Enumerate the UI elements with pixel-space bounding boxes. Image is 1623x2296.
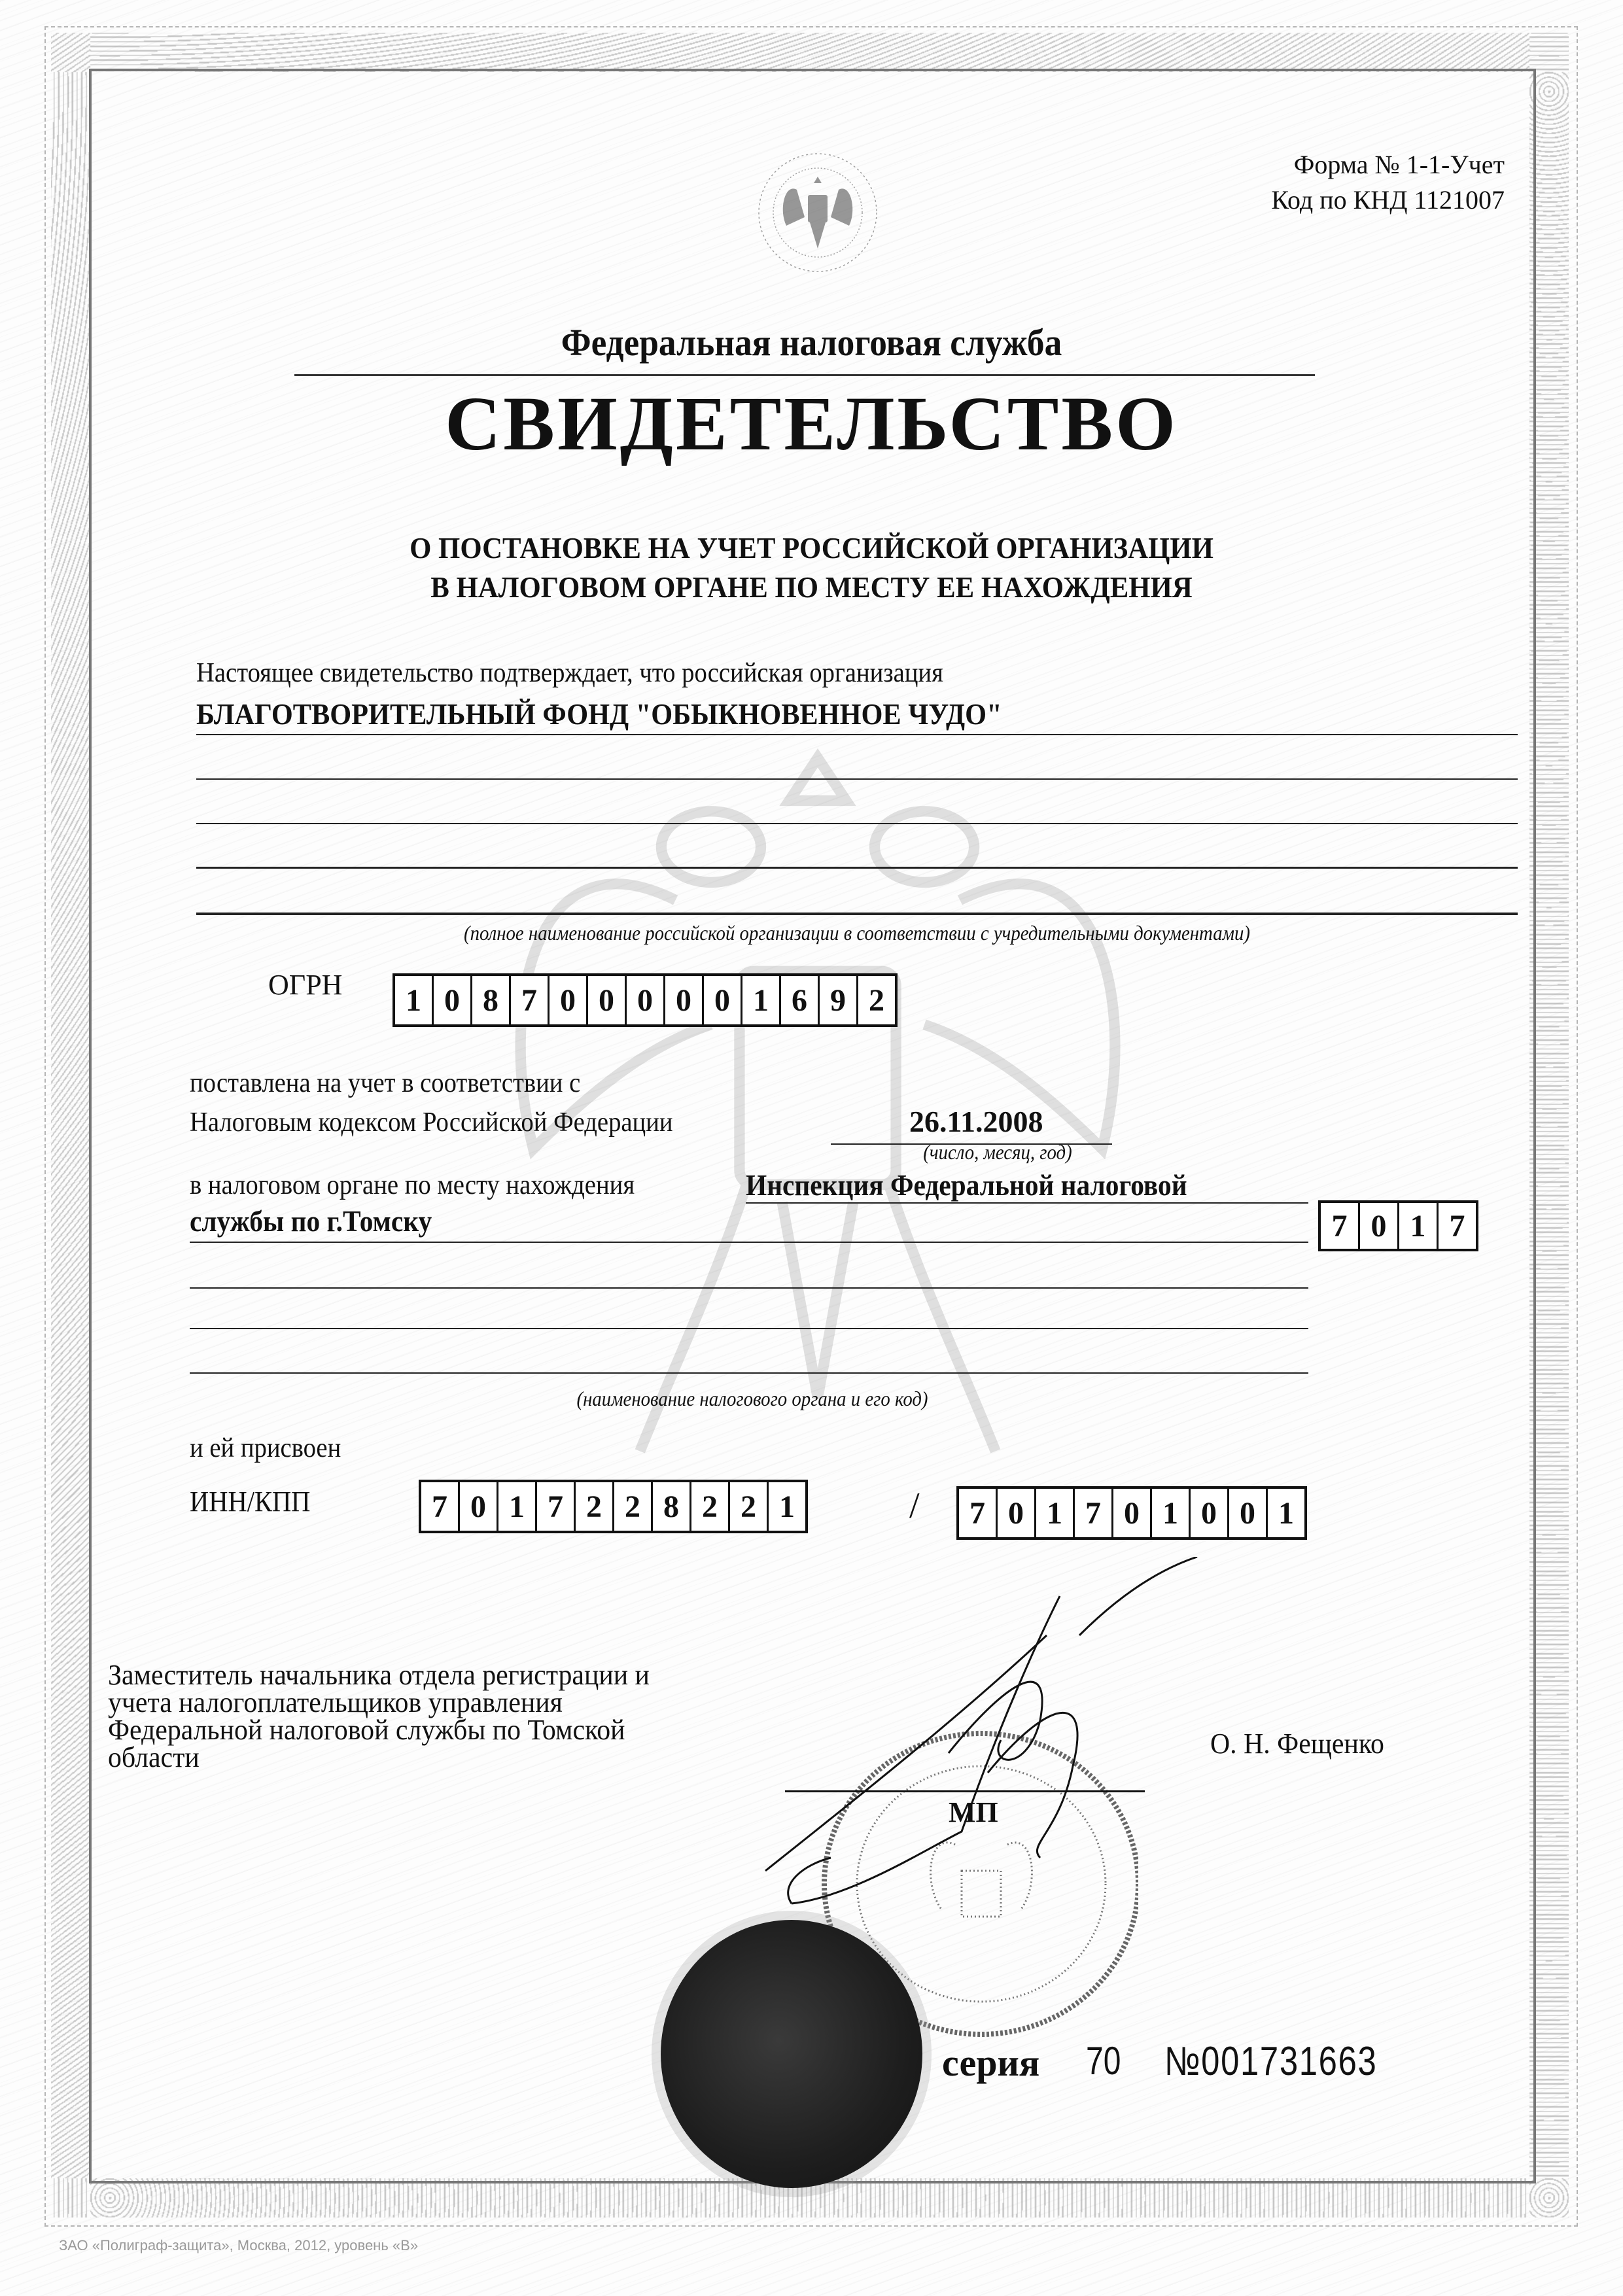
handwritten-signature-icon	[752, 1557, 1276, 1923]
digit-cell: 0	[1360, 1203, 1399, 1249]
digit-cell: 1	[1268, 1489, 1304, 1537]
digit-cell: 0	[627, 976, 665, 1024]
serial-number: №001731663	[1164, 2038, 1377, 2085]
subtitle-line-2: В НАЛОГОВОМ ОРГАНЕ ПО МЕСТУ ЕЕ НАХОЖДЕНИ…	[57, 568, 1566, 607]
series-value: 70	[1086, 2038, 1121, 2083]
digit-cell: 7	[537, 1482, 576, 1531]
signer-position-line: области	[108, 1744, 729, 1771]
org-name-line-3	[196, 823, 1518, 824]
organization-hint: (полное наименование российской организа…	[404, 921, 1310, 945]
tax-authority-code-field: 7017	[1318, 1200, 1478, 1251]
digit-cell: 1	[1152, 1489, 1191, 1537]
digit-cell: 1	[395, 976, 434, 1024]
org-name-line-5	[196, 913, 1518, 915]
kpp-field: 701701001	[956, 1486, 1307, 1540]
document-title: СВИДЕТЕЛЬСТВО	[0, 379, 1623, 468]
digit-cell: 7	[1439, 1203, 1476, 1249]
org-name-line-4	[196, 867, 1518, 869]
digit-cell: 0	[665, 976, 704, 1024]
ogrn-field: 1087000001692	[393, 973, 898, 1027]
digit-cell: 1	[1399, 1203, 1439, 1249]
tax-authority-line-3	[190, 1287, 1308, 1289]
digit-cell: 8	[653, 1482, 691, 1531]
signer-position: Заместитель начальника отдела регистраци…	[108, 1661, 729, 1771]
digit-cell: 0	[434, 976, 472, 1024]
series-label: серия	[942, 2041, 1039, 2085]
tax-authority-label: в налоговом органе по месту нахождения	[190, 1170, 635, 1201]
registered-line-1: поставлена на учет в соответствии с	[190, 1068, 580, 1099]
tax-authority-line-5	[190, 1372, 1308, 1374]
digit-cell: 2	[730, 1482, 769, 1531]
digit-cell: 1	[1036, 1489, 1075, 1537]
digit-cell: 0	[998, 1489, 1036, 1537]
digit-cell: 9	[820, 976, 858, 1024]
header-divider	[294, 374, 1315, 376]
signer-position-line: учета налогоплательщиков управления	[108, 1689, 729, 1716]
digit-cell: 2	[858, 976, 895, 1024]
form-number: Форма № 1-1-Учет	[1197, 147, 1505, 183]
digit-cell: 7	[511, 976, 550, 1024]
digit-cell: 1	[742, 976, 781, 1024]
digit-cell: 0	[550, 976, 588, 1024]
fns-emblem-icon	[733, 144, 903, 281]
org-name-line-1	[196, 734, 1518, 735]
document-subtitle: О ПОСТАНОВКЕ НА УЧЕТ РОССИЙСКОЙ ОРГАНИЗА…	[57, 529, 1566, 607]
digit-cell: 7	[1075, 1489, 1113, 1537]
tax-authority-name-2: службы по г.Томску	[190, 1204, 432, 1238]
digit-cell: 2	[576, 1482, 614, 1531]
subtitle-line-1: О ПОСТАНОВКЕ НА УЧЕТ РОССИЙСКОЙ ОРГАНИЗА…	[57, 529, 1566, 568]
digit-cell: 7	[421, 1482, 460, 1531]
tax-authority-line-1	[746, 1202, 1308, 1204]
digit-cell: 0	[1191, 1489, 1229, 1537]
registration-date: 26.11.2008	[909, 1104, 1043, 1139]
ogrn-label: ОГРН	[268, 968, 342, 1001]
inn-kpp-separator: /	[909, 1485, 920, 1527]
org-name-line-2	[196, 778, 1518, 780]
signer-position-line: Федеральной налоговой службы по Томской	[108, 1716, 729, 1744]
tax-authority-hint: (наименование налогового органа и его ко…	[487, 1387, 1017, 1411]
agency-name: Федеральная налоговая служба	[65, 321, 1558, 364]
digit-cell: 1	[769, 1482, 805, 1531]
tax-authority-line-4	[190, 1328, 1308, 1329]
digit-cell: 0	[1229, 1489, 1268, 1537]
assigned-label: и ей присвоен	[190, 1433, 341, 1464]
lead-text: Настоящее свидетельство подтверждает, чт…	[196, 657, 943, 689]
digit-cell: 2	[691, 1482, 730, 1531]
tax-authority-name-1: Инспекция Федеральной налоговой	[746, 1168, 1187, 1202]
inn-field: 7017228221	[419, 1480, 808, 1533]
printer-imprint: ЗАО «Полиграф-защита», Москва, 2012, уро…	[59, 2237, 418, 2254]
digit-cell: 7	[1321, 1203, 1360, 1249]
embossed-seal	[661, 1920, 922, 2188]
form-number-block: Форма № 1-1-Учет Код по КНД 1121007	[1197, 147, 1505, 218]
digit-cell: 0	[1113, 1489, 1152, 1537]
tax-authority-line-2	[190, 1242, 1308, 1243]
digit-cell: 1	[498, 1482, 537, 1531]
organization-name: БЛАГОТВОРИТЕЛЬНЫЙ ФОНД "ОБЫКНОВЕННОЕ ЧУД…	[196, 697, 1002, 731]
digit-cell: 8	[472, 976, 511, 1024]
signer-position-line: Заместитель начальника отдела регистраци…	[108, 1661, 729, 1689]
digit-cell: 7	[959, 1489, 998, 1537]
digit-cell: 0	[460, 1482, 498, 1531]
inn-kpp-label: ИНН/КПП	[190, 1485, 310, 1518]
knd-code: Код по КНД 1121007	[1197, 183, 1505, 218]
digit-cell: 0	[704, 976, 742, 1024]
date-hint: (число, месяц, год)	[880, 1140, 1115, 1164]
digit-cell: 2	[614, 1482, 653, 1531]
digit-cell: 6	[781, 976, 820, 1024]
digit-cell: 0	[588, 976, 627, 1024]
registered-line-2: Налоговым кодексом Российской Федерации	[190, 1107, 673, 1138]
